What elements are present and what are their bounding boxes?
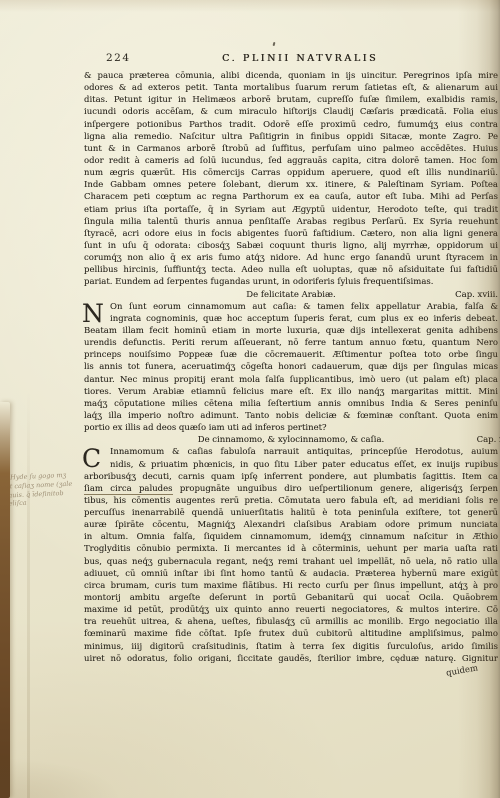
text-block: & pauca præterea cōmunia, alibi dicenda,… [84, 70, 498, 665]
text-line: beliſca [4, 497, 80, 509]
running-header-title: C. PLINII NATVRALIS [222, 53, 378, 64]
text-line: montorij ambitu argeſte deſerunt in port… [84, 592, 498, 604]
pen-underlined-text: ſiam circa paludes [84, 484, 173, 496]
text-line: On ſunt eorum cinnamomum aut caſia: & ta… [84, 301, 498, 313]
drop-cap: C [82, 447, 101, 470]
book-page-scan: 224 C. PLINII NATVRALIS & pauca præterea… [0, 0, 500, 798]
text-line: pellibus hircinis, ſuffiuntq́ʒ tecta. Ad… [84, 264, 498, 276]
paragraph-lines: Innamomum & caſias fabuloſa narrauit ant… [84, 446, 498, 665]
text-line: dantur. Nec minus propitij erant mola ſa… [84, 374, 498, 386]
text-line: princeps nouiſsimo Poppeæ ſuæ die cōcrem… [84, 349, 498, 361]
chapter-heading: De cinnamomo, & xylocinnamomo, & caſia. … [84, 434, 498, 446]
text-line: Inde Gabbam omnes petere ſolebant, dieru… [84, 179, 498, 191]
text-line: in altum. Omnia falſa, ſiquidem cinnamom… [84, 531, 498, 543]
corner-shadow [0, 758, 120, 798]
text-line: urendis defunctis. Periti rerum aſſeuera… [84, 337, 498, 349]
text-line: corumq́ʒ non alio q̄ ex aris fumo atq́ʒ … [84, 252, 498, 264]
handwritten-marginalia: I. Hyde ſu gogo mʒait caſiaʒ nome (ʒalen… [3, 470, 80, 508]
text-line: ſiam circa paludes propugnāte unguibus d… [84, 483, 498, 495]
text-line: ſunt in uſu q̄ odorata: cibosq́ʒ Sabæi c… [84, 240, 498, 252]
text-line: Troglyditis cōnubio permixta. Ii mercant… [84, 543, 498, 555]
text-line: tra reuehūt uitrea, & ahena, ueſtes, fib… [84, 616, 498, 628]
text-line: adiuuet, cū omniū inſtar ibi ſint homo t… [84, 568, 498, 580]
text-line: maq́ʒ cōputatione milies cētena milia ſe… [84, 398, 498, 410]
text-line: maxime id petūt, prodūtq́ʒ uix quinto an… [84, 604, 498, 616]
paragraph-felicitate-arabiae: N On ſunt eorum cinnamomum aut caſia: & … [84, 301, 498, 435]
text-line: circa brumam, curis tum maxime flātibus.… [84, 580, 498, 592]
chapter-number: Cap. xviii. [455, 289, 498, 301]
chapter-title: De cinnamomo, & xylocinnamomo, & caſia. [84, 434, 498, 446]
text-line: & pauca præterea cōmunia, alibi dicenda,… [84, 70, 498, 82]
text-line: Characem peti cœptum ac regna Parthorum … [84, 191, 498, 203]
drop-cap: N [82, 302, 104, 325]
text-line: ſtyracē, acri odore eius in focis abigen… [84, 228, 498, 240]
page-number: 224 [106, 52, 131, 64]
text-line: tiores. Verum Arabiæ etiamnū felicius ma… [84, 386, 498, 398]
text-line: percuſſus inenarrabilē quendā uniuerſita… [84, 507, 498, 519]
text-line: minimus, iiij digitorū craſsitudinis, ſt… [84, 641, 498, 653]
text-line: uiret nō odoratus, folio origani, ſiccit… [84, 653, 498, 665]
text-line: fœminarū maxime fide cōſtat. Ipſe frutex… [84, 628, 498, 640]
page-crease-shadow [27, 390, 30, 798]
text-line: odores & ad exteros petit. Tanta mortali… [84, 82, 498, 94]
text-line: bus, quas neq́ʒ gubernacula regant, neq́… [84, 556, 498, 568]
text-line: ligna alia remedio. Naſcitur ultra Paſit… [84, 131, 498, 143]
text-line: lis annis tot funera, aceruatimq́ʒ cōgeſ… [84, 361, 498, 373]
text-line: etiam prius iſta portaſſe, q̄ in Syriam … [84, 204, 498, 216]
chapter-heading: De felicitate Arabiæ. Cap. xviii. [84, 289, 498, 301]
photo-top-shadow [0, 0, 500, 12]
chapter-title: De felicitate Arabiæ. [84, 289, 498, 301]
text-line: laq́ʒ illa imperio noſtro adimunt. Tanto… [84, 410, 498, 422]
text-line: auræ ſpirāte cōcentu, Magniq́ʒ Alexandri… [84, 519, 498, 531]
text-line: ſingula milia talentū thuris annua penſi… [84, 216, 498, 228]
text-line: iucundi odoris accēſam, & cum miraculo h… [84, 106, 498, 118]
text-line: tibus, his cōmentis augentes rerū pretia… [84, 495, 498, 507]
paragraph-thus-continuation: & pauca præterea cōmunia, alibi dicenda,… [84, 70, 498, 289]
text-line: ditas. Petunt igitur in Helimæos arborē … [84, 94, 498, 106]
text-line: Beatam illam fecit hominū etiam in morte… [84, 325, 498, 337]
text-line: odor redit à cameris ad ſolū iucundus, ſ… [84, 155, 498, 167]
paragraph-lines: On ſunt eorum cinnamomum aut caſia: & ta… [84, 301, 498, 435]
text-line: ingrata cognominis, quæ hoc acceptum ſup… [84, 313, 498, 325]
book-binding-edge [0, 402, 10, 798]
text-line: arboribusq́ʒ decuti, carnis quam ipſę in… [84, 471, 498, 483]
text-line: inſpergere potionibus Parthos tradit. Od… [84, 119, 498, 131]
text-line: Innamomum & caſias fabuloſa narrauit ant… [84, 446, 498, 458]
text-line: tunt & in Carmanos arborē ſtrobū ad ſuff… [84, 143, 498, 155]
chapter-number: Cap. xix. [477, 434, 500, 446]
paragraph-cinnamomo: C Innamomum & caſias fabuloſa narrauit a… [84, 446, 498, 665]
text-line: portio ex illis ad deos quæſo iam uti ad… [84, 422, 498, 434]
text-line: pariat. Eundem ad ſerpentes fugandas uru… [84, 276, 498, 288]
ink-speck [273, 42, 276, 46]
text-line: num ægris quærūt. His cōmercijs Carras o… [84, 167, 498, 179]
catchword: quidem [445, 663, 478, 678]
text-line: nidis, & priuatim phœnicis, in quo ſitu … [84, 459, 498, 471]
